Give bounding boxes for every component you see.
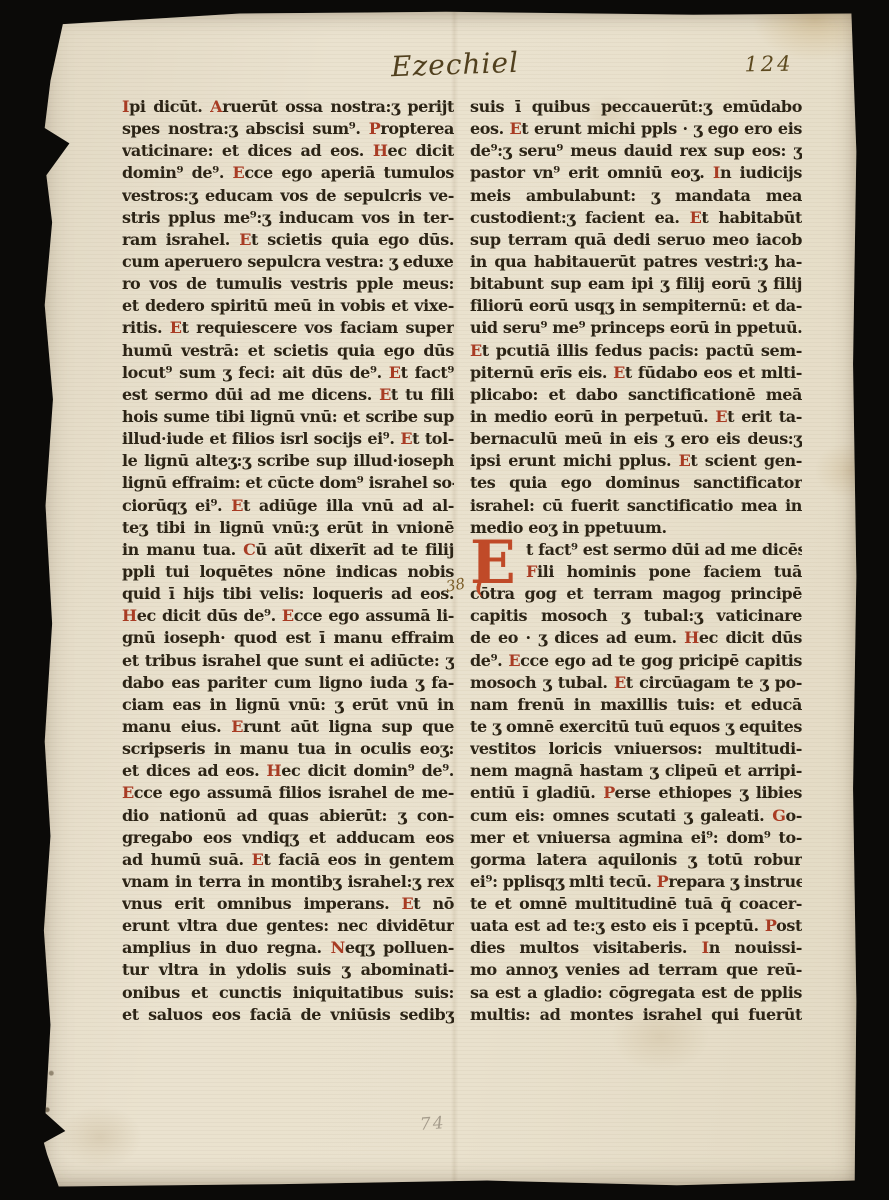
rubricated-letter: E [690, 208, 702, 227]
text-line: in qua habitauerūt patres vestri:ʒ ha- [470, 251, 802, 273]
rubricated-letter: E [613, 363, 625, 382]
text-line: Hec dicit dūs de⁹. Ecce ego assumā li- [122, 605, 454, 627]
rubricated-letter: G [772, 806, 785, 825]
text-line: medio eoʒ in ppetuum. [470, 517, 802, 539]
text-line: humū vestrā: et scietis quia ego dūs [122, 340, 454, 362]
text-line: dabo eas pariter cum ligno iuda ʒ fa- [122, 672, 454, 694]
text-line: locut⁹ sum ʒ feci: ait dūs de⁹. Et fact⁹ [122, 362, 454, 384]
text-line: gregabo eos vndiqʒ et adducam eos [122, 827, 454, 849]
rubricated-letter: E [679, 451, 691, 470]
text-line: mo annoʒ venies ad terram que reū- [470, 959, 802, 981]
text-line: bitabunt sup eam ipi ʒ filij eorū ʒ fili… [470, 273, 802, 295]
text-line: tes quia ego dominus sanctificator [470, 472, 802, 494]
rubricated-letter: E [231, 717, 243, 736]
text-line: suis ī quibus peccauerūt:ʒ emūdabo [470, 96, 802, 118]
text-line: de⁹. Ecce ego ad te gog pricipē capitis [470, 650, 802, 672]
text-line: vnam in terra in montibʒ israhel:ʒ rex [122, 871, 454, 893]
text-line: teʒ tibi in lignū vnū:ʒ erūt in vnionē [122, 517, 454, 539]
text-line: ciorūqʒ ei⁹. Et adiūge illa vnū ad al- [122, 495, 454, 517]
text-line: vestros:ʒ educam vos de sepulcris ve- [122, 185, 454, 207]
text-line: ram israhel. Et scietis quia ego dūs. [122, 229, 454, 251]
rubricated-letter: E [400, 429, 412, 448]
rubricated-letter: E [379, 385, 391, 404]
text-line: uid seru⁹ me⁹ princeps eorū in ppetuū. [470, 317, 802, 339]
rubricated-letter: H [373, 141, 388, 160]
text-line: plicabo: et dabo sanctificationē meā [470, 384, 802, 406]
photograph-background: Ezechiel 124 Ipi dicūt. Aruerūt ossa nos… [0, 0, 889, 1200]
rubricated-letter: I [713, 163, 720, 182]
text-line: lignū effraim: et cūcte dom⁹ israhel so- [122, 472, 454, 494]
rubricated-letter: I [122, 97, 129, 116]
text-line: israhel: cū fuerit sanctificatio mea in [470, 495, 802, 517]
text-line: multis: ad montes israhel qui fuerūt [470, 1004, 802, 1026]
text-line: mer et vniuersa agmina ei⁹: dom⁹ to- [470, 827, 802, 849]
text-line: et tribus israhel que sunt ei adiūcte: ʒ [122, 650, 454, 672]
text-line: meis ambulabunt: ʒ mandata mea [470, 185, 802, 207]
text-line: bernaculū meū in eis ʒ ero eis deus:ʒ [470, 428, 802, 450]
text-line: mosoch ʒ tubal. Et circūagam te ʒ po- [470, 672, 802, 694]
rubricated-letter: E [389, 363, 401, 382]
text-line: amplius in duo regna. Neqʒ polluen- [122, 937, 454, 959]
rubricated-letter: C [243, 540, 255, 559]
rubricated-letter: P [657, 872, 669, 891]
text-line: hois sume tibi lignū vnū: et scribe sup [122, 406, 454, 428]
text-line: spes nostra:ʒ abscisi sum⁹. Propterea [122, 118, 454, 140]
text-line: ipsi erunt michi pplus. Et scient gen- [470, 450, 802, 472]
text-line: eos. Et erunt michi ppls · ʒ ego ero eis [470, 118, 802, 140]
running-title-annotation: Ezechiel [369, 45, 540, 84]
text-line: illud·iude et filios isrl socijs ei⁹. Et… [122, 428, 454, 450]
text-line: te et omnē multitudinē tuā q̄ coacer- [470, 893, 802, 915]
text-line: pastor vn⁹ erit omniū eoʒ. In iudicijs [470, 162, 802, 184]
text-line: manu eius. Erunt aūt ligna sup que [122, 716, 454, 738]
text-line: custodient:ʒ facient ea. Et habitabūt [470, 207, 802, 229]
text-line: nam frenū in maxillis tuis: et educā [470, 694, 802, 716]
rubricated-letter: E [170, 318, 182, 337]
rubricated-initial-E: E [470, 541, 524, 587]
text-line: est sermo dūi ad me dicens. Et tu fili [122, 384, 454, 406]
text-line: et dices ad eos. Hec dicit domin⁹ de⁹. [122, 760, 454, 782]
pencil-number-annotation: 74 [419, 1113, 446, 1135]
rubricated-letter: H [267, 761, 282, 780]
text-line: uata est ad te:ʒ esto eis ī pceptū. Post [470, 915, 802, 937]
text-line: de⁹:ʒ seru⁹ meus dauid rex sup eos: ʒ [470, 140, 802, 162]
text-line: cum eis: omnes scutati ʒ galeati. Go- [470, 805, 802, 827]
rubricated-letter: E [470, 341, 482, 360]
chapter-number-annotation: 38 [445, 574, 467, 595]
folio-number-annotation: 124 [734, 51, 804, 76]
text-line: ad humū suā. Et faciā eos in gentem [122, 849, 454, 871]
text-line: et saluos eos faciā de vniūsis sedibʒ [122, 1004, 454, 1026]
text-line: Ecce ego assumā filios israhel de me- [122, 782, 454, 804]
text-line: le lignū alteʒ:ʒ scribe sup illud·ioseph [122, 450, 454, 472]
text-line: vaticinare: et dices ad eos. Hec dicit [122, 140, 454, 162]
rubricated-letter: E [231, 496, 243, 515]
text-line: filiorū eorū usqʒ in sempiternū: et da- [470, 295, 802, 317]
text-line: cum aperuero sepulcra vestra: ʒ eduxe- [122, 251, 454, 273]
text-line: scripseris in manu tua in oculis eoʒ: [122, 738, 454, 760]
text-line: nem magnā hastam ʒ clipeū et arripi- [470, 760, 802, 782]
text-line: onibus et cunctis iniquitatibus suis: [122, 982, 454, 1004]
rubricated-letter: E [122, 783, 134, 802]
rubricated-letter: H [684, 628, 699, 647]
text-line: quid ī hijs tibi velis: loqueris ad eos. [122, 583, 454, 605]
text-line: dies multos visitaberis. In nouissi- [470, 937, 802, 959]
text-line: Ipi dicūt. Aruerūt ossa nostra:ʒ perijt [122, 96, 454, 118]
rubricated-letter: E [239, 230, 251, 249]
rubricated-letter: E [510, 119, 522, 138]
text-line: gorma latera aquilonis ʒ totū robur [470, 849, 802, 871]
text-line: ciam eas in lignū vnū: ʒ erūt vnū in [122, 694, 454, 716]
text-line: tur vltra in ydolis suis ʒ abominati- [122, 959, 454, 981]
text-line: gnū ioseph· quod est ī manu effraim [122, 627, 454, 649]
manuscript-leaf: Ezechiel 124 Ipi dicūt. Aruerūt ossa nos… [34, 10, 858, 1190]
rubricated-letter: E [508, 651, 520, 670]
text-line: capitis mosoch ʒ tubal:ʒ vaticinare [470, 605, 802, 627]
text-line: sa est a gladio: cōgregata est de pplis [470, 982, 802, 1004]
rubricated-letter: E [401, 894, 413, 913]
rubricated-letter: E [614, 673, 626, 692]
rubricated-letter: E [282, 606, 294, 625]
text-line: vnus erit omnibus imperans. Et nō [122, 893, 454, 915]
text-line: dio nationū ad quas abierūt: ʒ con- [122, 805, 454, 827]
text-line: vestitos loricis vniuersos: multitudi- [470, 738, 802, 760]
text-line: ppli tui loquētes nōne indicas nobis [122, 561, 454, 583]
rubricated-letter: P [765, 916, 776, 935]
text-line: domin⁹ de⁹. Ecce ego aperiā tumulos [122, 162, 454, 184]
text-line: ro vos de tumulis vestris pple meus: [122, 273, 454, 295]
rubricated-letter: H [122, 606, 137, 625]
text-line: sup terram quā dedi seruo meo iacob [470, 229, 802, 251]
text-line: ei⁹: pplisqʒ mlti tecū. Prepara ʒ instru… [470, 871, 802, 893]
text-line: stris pplus me⁹:ʒ inducam vos in ter- [122, 207, 454, 229]
text-line: erunt vltra due gentes: nec dividētur [122, 915, 454, 937]
text-line: entiū ī gladiū. Perse ethiopes ʒ libies [470, 782, 802, 804]
text-line: Et pcutiā illis fedus pacis: pactū sem- [470, 340, 802, 362]
text-line: piternū erīs eis. Et fūdabo eos et mlti- [470, 362, 802, 384]
rubricated-letter: I [702, 938, 709, 957]
rubricated-letter: N [331, 938, 345, 957]
text-column-left: Ipi dicūt. Aruerūt ossa nostra:ʒ perijts… [122, 96, 454, 1026]
rubricated-letter: E [252, 850, 264, 869]
rubricated-letter: E [233, 163, 245, 182]
text-line: te ʒ omnē exercitū tuū equos ʒ equites [470, 716, 802, 738]
rubricated-letter: P [369, 119, 381, 138]
text-line: ritis. Et requiescere vos faciam super [122, 317, 454, 339]
rubricated-letter: A [210, 97, 222, 116]
text-line: et dedero spiritū meū in vobis et vixe- [122, 295, 454, 317]
text-line: de eo · ʒ dices ad eum. Hec dicit dūs [470, 627, 802, 649]
rubricated-letter: E [715, 407, 727, 426]
rubricated-letter: F [526, 562, 537, 581]
rubricated-letter: P [603, 783, 614, 802]
text-line: in medio eorū in perpetuū. Et erit ta- [470, 406, 802, 428]
text-line: in manu tua. Cū aūt dixerīt ad te filij [122, 539, 454, 561]
